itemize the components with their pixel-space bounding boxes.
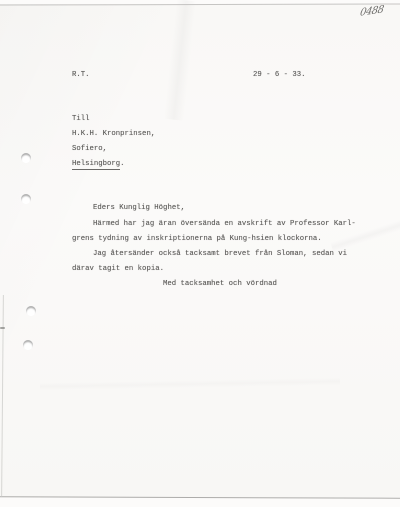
body-line: Härmed har jag äran översända en avskrif… [93,220,356,229]
punch-hole [26,306,36,316]
body-line: Jag återsänder också tacksamt brevet frå… [93,250,347,259]
paper-edge-notch [0,327,5,329]
paper-edge-bottom [0,496,400,498]
body-line: därav tagit en kopia. [72,265,164,274]
recipient-city-name: Helsingborg [72,160,120,170]
scanned-letter-page: 0488 R.T. 29 - 6 - 33. Till H.K.H. Kronp… [0,0,400,507]
recipient-name: H.K.H. Kronprinsen, [72,130,155,139]
recipient-to-label: Till [72,115,90,124]
punch-hole [21,153,31,163]
punch-hole [21,194,31,204]
recipient-residence: Sofiero, [72,145,107,154]
letter-date: 29 - 6 - 33. [253,71,306,80]
recipient-city-punct: . [120,160,124,168]
punch-hole [23,340,33,350]
recipient-city: Helsingborg. [72,160,125,169]
salutation: Eders Kunglig Höghet, [93,204,185,213]
body-line: grens tydning av inskriptionerna på Kung… [72,235,322,244]
reference-initials: R.T. [72,71,90,80]
closing-line: Med tacksamhet och vördnad [163,280,277,289]
